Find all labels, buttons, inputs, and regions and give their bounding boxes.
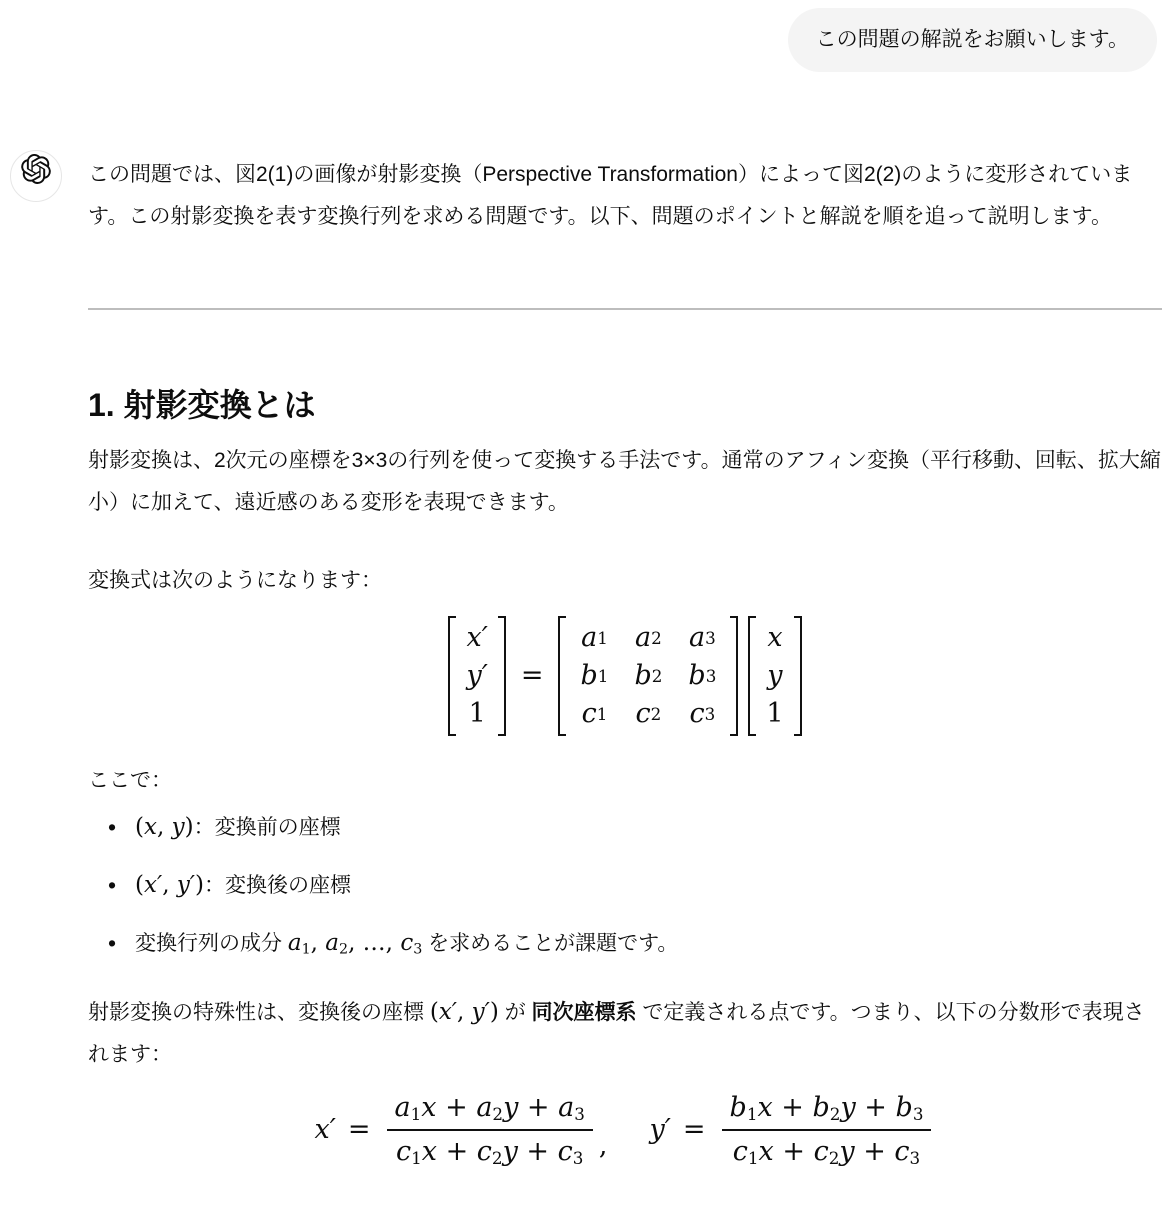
denominator: c1x + c2y + c3 bbox=[387, 1129, 593, 1168]
where-label: ここで： bbox=[88, 760, 1162, 802]
assistant-message: この問題では、図2(1)の画像が射影変換（Perspective Transfo… bbox=[88, 154, 1162, 1169]
list-item-text: 変換行列の成分 bbox=[135, 932, 288, 955]
inline-math: (x, y) bbox=[135, 814, 194, 840]
matrix-entry: b2 bbox=[634, 657, 662, 695]
bullet-list: (x, y)：変換前の座標 (x′, y′)：変換後の座標 変換行列の成分 a1… bbox=[88, 806, 1162, 965]
vector-entry: 1 bbox=[466, 695, 487, 733]
lhs-vector: x′ y′ 1 bbox=[448, 616, 505, 736]
fraction: b1x + b2y + b3 c1x + c2y + c3 bbox=[722, 1092, 932, 1169]
comma: , bbox=[599, 1130, 608, 1162]
bold-term: 同次座標系 bbox=[532, 1001, 637, 1024]
section-divider bbox=[88, 308, 1162, 310]
homogeneous-paragraph: 射影変換の特殊性は、変換後の座標 (x′, y′) が 同次座標系 で定義される… bbox=[88, 991, 1162, 1076]
list-item-text: ：変換前の座標 bbox=[194, 816, 341, 839]
matrix-entry: c1 bbox=[580, 695, 608, 733]
vector-entry: y bbox=[766, 657, 783, 695]
fraction-equation: x′ = a1x + a2y + a3 c1x + c2y + c3 , y′ … bbox=[88, 1092, 1162, 1169]
user-message-bubble: この問題の解説をお願いします。 bbox=[788, 8, 1157, 72]
chat-page: この問題の解説をお願いします。 この問題では、図2(1)の画像が射影変換（Per… bbox=[0, 0, 1169, 1231]
lhs-symbol: y′ bbox=[650, 1114, 671, 1146]
matrix-entry: c2 bbox=[634, 695, 662, 733]
transform-matrix: a1 a2 a3 b1 b2 b3 c1 c2 c3 bbox=[558, 616, 738, 736]
paragraph-text: が bbox=[499, 1001, 532, 1024]
inline-math: (x′, y′) bbox=[430, 999, 499, 1025]
formula-lead-paragraph: 変換式は次のようになります： bbox=[88, 560, 1162, 602]
equals-sign: = bbox=[348, 1114, 371, 1146]
right-bracket bbox=[730, 616, 738, 736]
list-item: (x′, y′)：変換後の座標 bbox=[135, 864, 1162, 907]
list-item: 変換行列の成分 a1, a2, …, c3 を求めることが課題です。 bbox=[135, 922, 1162, 965]
right-bracket bbox=[498, 616, 506, 736]
vector-entry: x bbox=[766, 619, 783, 657]
numerator: b1x + b2y + b3 bbox=[722, 1092, 932, 1129]
vector-entry: y′ bbox=[466, 657, 487, 695]
list-item: (x, y)：変換前の座標 bbox=[135, 806, 1162, 849]
matrix-entry: a2 bbox=[634, 619, 662, 657]
projective-intro-paragraph: 射影変換は、2次元の座標を3×3の行列を使って変換する手法です。通常のアフィン変… bbox=[88, 440, 1162, 524]
matrix-entry: a3 bbox=[688, 619, 716, 657]
assistant-avatar bbox=[10, 150, 62, 202]
list-item-text: を求めることが課題です。 bbox=[422, 932, 678, 955]
matrix-entry: b3 bbox=[688, 657, 716, 695]
equals-sign: = bbox=[521, 660, 544, 692]
section-heading: 1. 射影変換とは bbox=[88, 383, 1162, 427]
matrix-equation: x′ y′ 1 = a1 a2 a3 b1 b2 b3 c1 c2 bbox=[88, 616, 1162, 736]
fraction: a1x + a2y + a3 c1x + c2y + c3 bbox=[387, 1092, 593, 1169]
openai-logo-icon bbox=[21, 154, 51, 199]
denominator: c1x + c2y + c3 bbox=[722, 1129, 932, 1168]
numerator: a1x + a2y + a3 bbox=[387, 1092, 593, 1129]
matrix-entry: c3 bbox=[688, 695, 716, 733]
equals-sign: = bbox=[683, 1114, 706, 1146]
list-item-text: ：変換後の座標 bbox=[204, 874, 351, 897]
left-bracket bbox=[558, 616, 566, 736]
right-bracket bbox=[794, 616, 802, 736]
left-bracket bbox=[748, 616, 756, 736]
rhs-vector: x y 1 bbox=[748, 616, 801, 736]
lhs-symbol: x′ bbox=[315, 1114, 336, 1146]
left-bracket bbox=[448, 616, 456, 736]
user-message-row: この問題の解説をお願いします。 bbox=[0, 0, 1169, 72]
vector-entry: x′ bbox=[466, 619, 487, 657]
matrix-entry: a1 bbox=[580, 619, 608, 657]
matrix-entry: b1 bbox=[580, 657, 608, 695]
vector-entry: 1 bbox=[766, 695, 783, 733]
inline-math: a1, a2, …, c3 bbox=[288, 930, 422, 956]
paragraph-text: 射影変換の特殊性は、変換後の座標 bbox=[88, 1001, 430, 1024]
inline-math: (x′, y′) bbox=[135, 872, 204, 898]
assistant-intro-paragraph: この問題では、図2(1)の画像が射影変換（Perspective Transfo… bbox=[88, 154, 1162, 238]
